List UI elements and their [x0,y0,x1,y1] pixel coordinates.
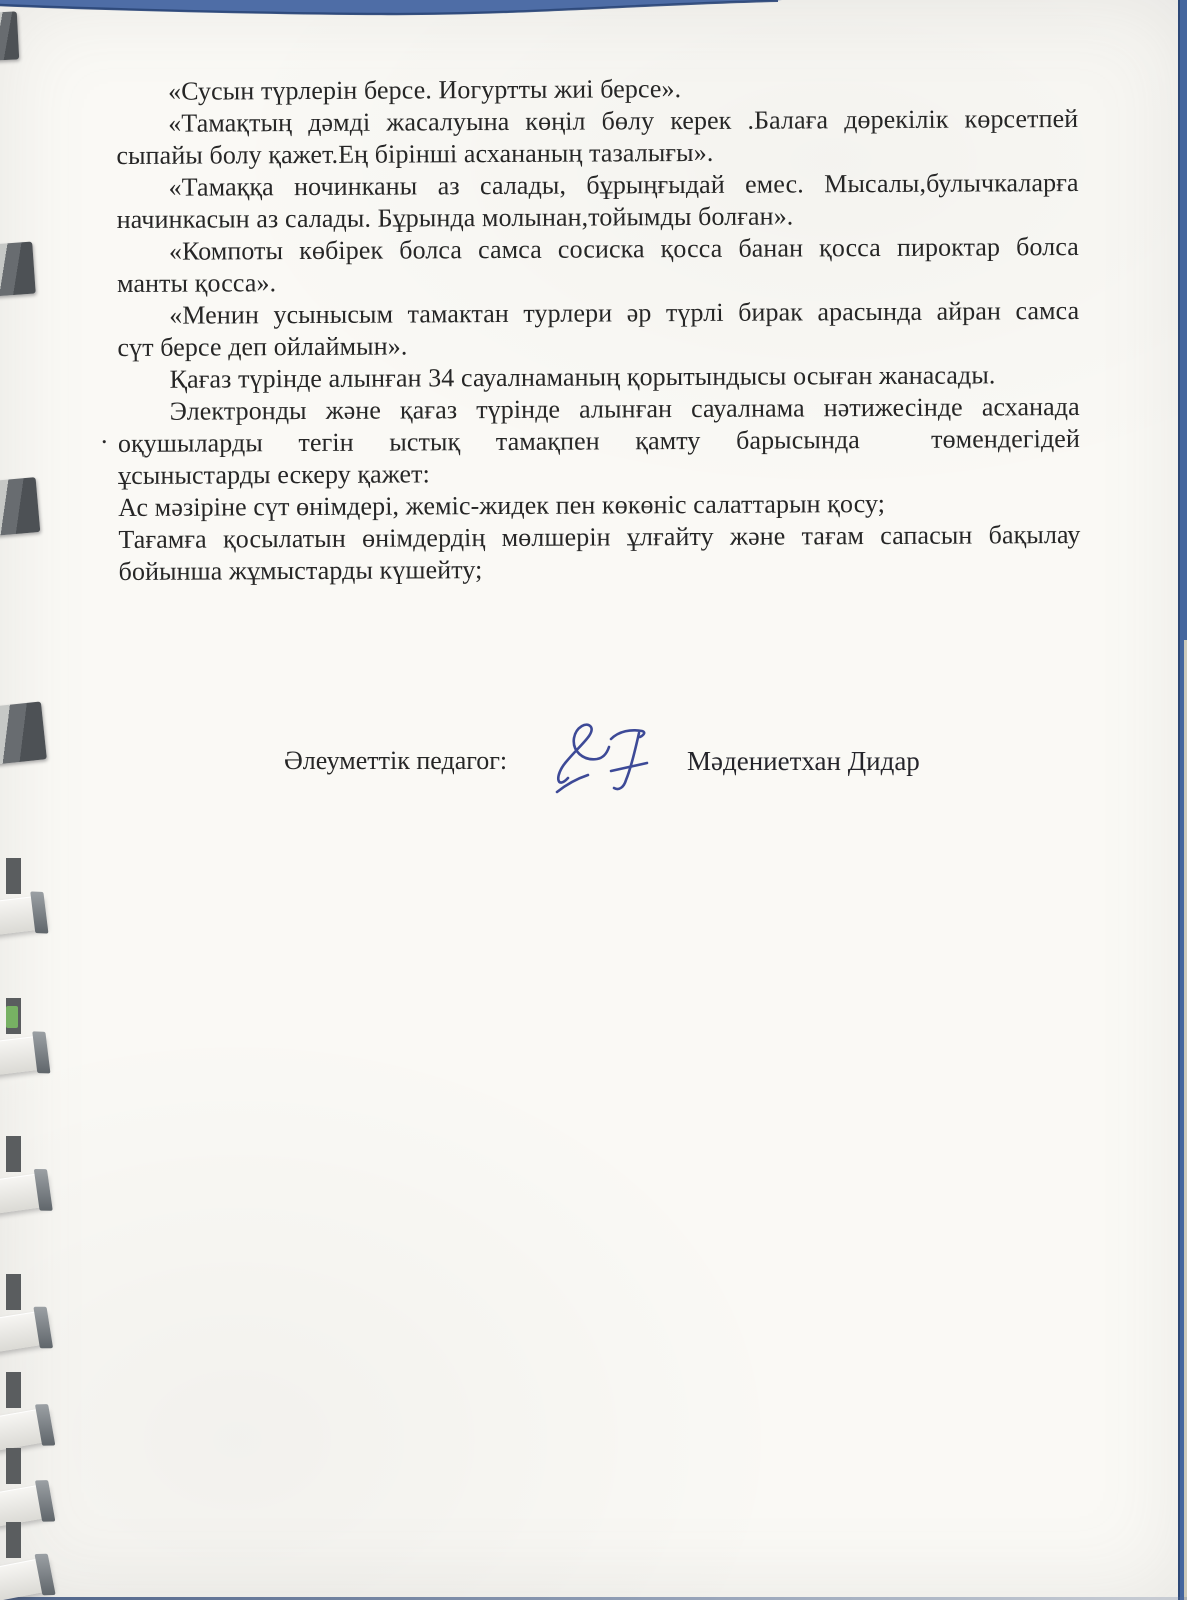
binding-comb-tip [34,1169,53,1211]
text-line: Тағамға қосылатын өнімдердің мөлшерін ұл… [118,519,1080,556]
binding-comb-tip [35,1404,55,1446]
document-text: «Сусын түрлерін берсе. Иогуртты жиі берс… [116,71,1081,588]
signature-row: Әлеуметтік педагог: Мәдениетхан Дидар [0,710,1187,820]
binding-comb-band [0,895,48,935]
text-line: Қағаз түрінде алынған 34 сауалнаманың қо… [118,359,1080,396]
text-line: сыпайы болу қажет.Ең бірінші асхананың т… [116,135,1078,172]
text-line: «Компоты көбірек болса самса сосиска қос… [117,231,1079,268]
text-line: оқушыларды тегін ыстық тамақпен қамту ба… [118,423,1080,460]
binding-comb-tip [33,1307,53,1348]
binding-hole [6,1274,21,1310]
signature-role-label: Әлеуметтік педагог: [284,746,507,776]
binding-green-fleck [6,1006,18,1028]
binding-comb-band [0,1310,52,1353]
binding-comb-band [0,1035,50,1076]
signature-name: Мәдениетхан Дидар [687,746,920,777]
text-line: «Сусын түрлерін берсе. Иогуртты жиі берс… [116,71,1078,108]
binding-comb-band [0,1407,54,1451]
text-line: начинкасын аз салады. Бұрында молынан,то… [117,199,1079,236]
binding-hole [6,1136,21,1172]
binding-comb-band [0,1172,52,1214]
binding-hole [6,858,21,894]
binding-comb-tip [34,1554,55,1596]
text-line: ұсыныстарды ескеру қажет: [118,455,1080,492]
binding-hole [6,1372,21,1408]
text-line: Ас мәзіріне сүт өнімдері, жеміс-жидек пе… [118,487,1080,524]
binding-hole [6,1448,21,1484]
text-line: манты қосса». [117,263,1079,300]
binding-comb-band [0,1557,55,1600]
text-line: Электронды және қағаз түрінде алынған са… [118,391,1080,428]
binding-comb-band [0,1483,54,1527]
handwritten-signature-icon [552,718,670,804]
binding-comb-band [0,477,40,536]
text-line: «Тамаққа ночинканы аз салады, бұрыңғыдай… [117,167,1079,204]
binding-comb-tip [32,1031,50,1073]
stray-ink-dot: . [101,420,108,450]
binding-comb-band [0,242,36,297]
document-page: «Сусын түрлерін берсе. Иогуртты жиі берс… [0,0,1187,1600]
binding-comb-tip [35,1480,55,1522]
binding-comb-band [0,11,19,60]
binding-hole [6,1522,21,1558]
blue-cover-edge-top [0,0,782,20]
text-line: сүт берсе деп ойлаймын». [117,327,1079,364]
binding-comb-tip [30,891,48,933]
text-line: «Тамақтың дәмді жасалуына көңіл бөлу кер… [116,103,1078,140]
text-line: «Менин усынысым тамактан турлери әр түрл… [117,295,1079,332]
text-line: бойынша жұмыстарды күшейту; [119,551,1081,588]
